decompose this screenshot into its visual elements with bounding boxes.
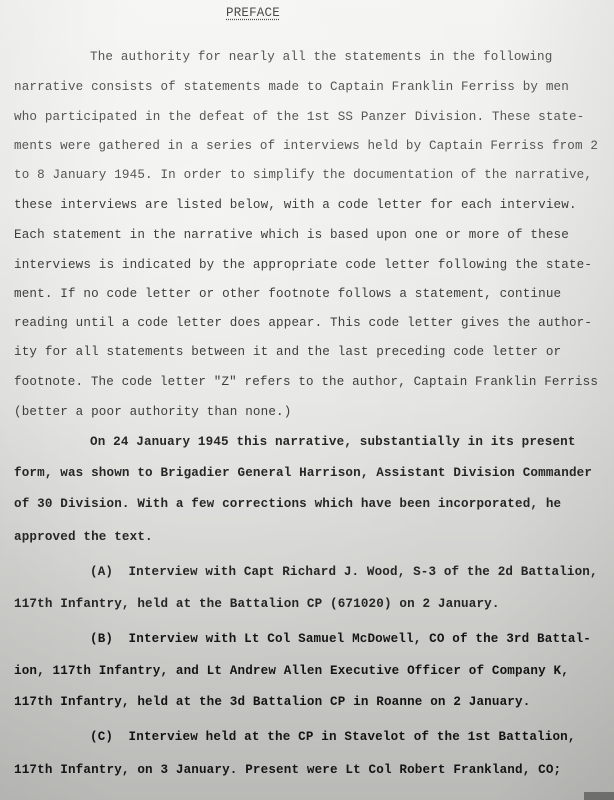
interview-a-code: (A) [90, 565, 113, 579]
page-title: PREFACE [226, 6, 280, 20]
paragraph-1-line-8: interviews is indicated by the appropria… [14, 258, 592, 272]
interview-b-code: (B) [90, 632, 113, 646]
paragraph-2-line-3: of 30 Division. With a few corrections w… [14, 497, 561, 511]
interview-b-line-3: 117th Infantry, held at the 3d Battalion… [14, 695, 530, 709]
interview-c-text: Interview held at the CP in Stavelot of … [129, 730, 576, 744]
document-page: PREFACE The authority for nearly all the… [0, 0, 614, 800]
interview-a-line-1: (A) Interview with Capt Richard J. Wood,… [90, 565, 598, 579]
paragraph-1-line-12: footnote. The code letter "Z" refers to … [14, 375, 598, 389]
scan-artifact [584, 792, 614, 800]
interview-a-text: Interview with Capt Richard J. Wood, S-3… [128, 565, 597, 579]
paragraph-1-line-7: Each statement in the narrative which is… [14, 228, 569, 242]
paragraph-2-line-2: form, was shown to Brigadier General Har… [14, 466, 592, 480]
paragraph-1-line-13: (better a poor authority than none.) [14, 405, 291, 419]
interview-b-text: Interview with Lt Col Samuel McDowell, C… [129, 632, 591, 646]
paragraph-1-line-4: ments were gathered in a series of inter… [14, 139, 598, 153]
paragraph-1-line-6: these interviews are listed below, with … [14, 198, 577, 212]
interview-c-line-2: 117th Infantry, on 3 January. Present we… [14, 763, 561, 777]
interview-c-line-1: (C) Interview held at the CP in Stavelot… [90, 730, 576, 744]
paragraph-1-line-3: who participated in the defeat of the 1s… [14, 110, 584, 124]
interview-c-code: (C) [90, 730, 113, 744]
paragraph-1-line-9: ment. If no code letter or other footnot… [14, 287, 561, 301]
interview-b-line-1: (B) Interview with Lt Col Samuel McDowel… [90, 632, 591, 646]
paragraph-1-line-11: ity for all statements between it and th… [14, 345, 561, 359]
paragraph-1-line-1: The authority for nearly all the stateme… [90, 50, 552, 64]
paragraph-1-line-2: narrative consists of statements made to… [14, 80, 569, 94]
paragraph-2-line-4: approved the text. [14, 530, 153, 544]
paragraph-2-line-1: On 24 January 1945 this narrative, subst… [90, 435, 576, 449]
interview-a-line-2: 117th Infantry, held at the Battalion CP… [14, 597, 500, 611]
interview-b-line-2: ion, 117th Infantry, and Lt Andrew Allen… [14, 664, 569, 678]
paragraph-1-line-5: to 8 January 1945. In order to simplify … [14, 168, 592, 182]
paragraph-1-line-10: reading until a code letter does appear.… [14, 316, 592, 330]
